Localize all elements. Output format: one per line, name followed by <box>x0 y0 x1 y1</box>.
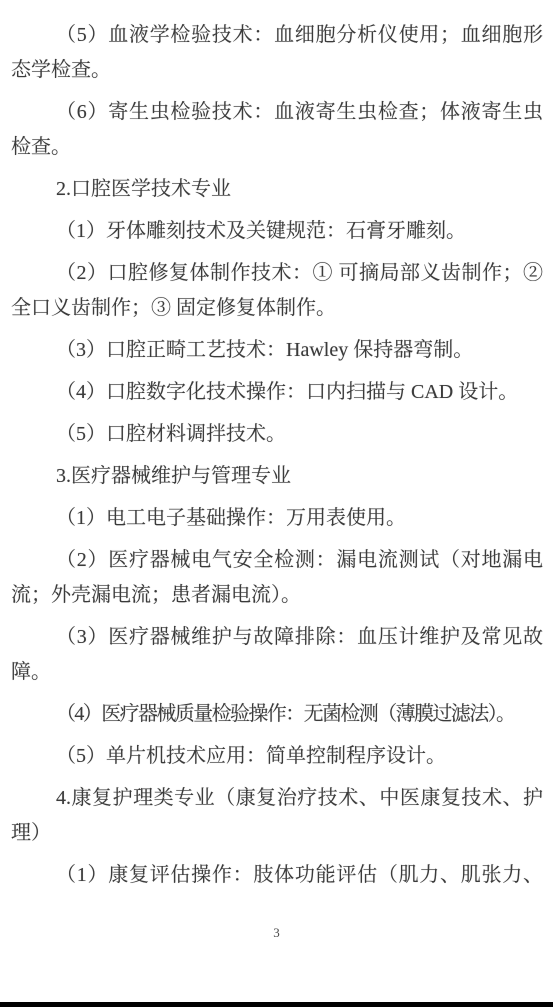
text-line: 全口义齿制作；③ 固定修复体制作。 <box>11 291 543 326</box>
document-text-block: （5）血液学检验技术：血细胞分析仪使用；血细胞形 态学检查。 （6）寄生虫检验技… <box>11 18 543 893</box>
bottom-black-bar <box>0 1002 553 1007</box>
text-line: 态学检查。 <box>11 53 543 88</box>
text-line: （1）康复评估操作：肢体功能评估（肌力、肌张力、 <box>11 858 543 893</box>
text-line: （2）医疗器械电气安全检测：漏电流测试（对地漏电 <box>11 543 543 578</box>
section-heading-line: 3.医疗器械维护与管理专业 <box>11 459 543 494</box>
text-line: （5）单片机技术应用：简单控制程序设计。 <box>11 739 543 774</box>
text-line: 理） <box>11 816 543 851</box>
text-line: （3）医疗器械维护与故障排除：血压计维护及常见故 <box>11 620 543 655</box>
text-line: （4）医疗器械质量检验操作：无菌检测（薄膜过滤法）。 <box>11 697 543 732</box>
text-line: （5）血液学检验技术：血细胞分析仪使用；血细胞形 <box>11 18 543 53</box>
page-number: 3 <box>0 925 553 941</box>
text-line: 障。 <box>11 655 543 690</box>
text-line: （3）口腔正畸工艺技术：Hawley 保持器弯制。 <box>11 333 543 368</box>
text-line: （4）口腔数字化技术操作：口内扫描与 CAD 设计。 <box>11 375 543 410</box>
text-line: 检查。 <box>11 130 543 165</box>
section-heading-line: 2.口腔医学技术专业 <box>11 172 543 207</box>
text-line: （5）口腔材料调拌技术。 <box>11 417 543 452</box>
text-line: （1）电工电子基础操作：万用表使用。 <box>11 501 543 536</box>
text-line: （1）牙体雕刻技术及关键规范：石膏牙雕刻。 <box>11 214 543 249</box>
document-page: （5）血液学检验技术：血细胞分析仪使用；血细胞形 态学检查。 （6）寄生虫检验技… <box>0 0 553 1007</box>
text-line: 流；外壳漏电流；患者漏电流）。 <box>11 578 543 613</box>
text-line: （2）口腔修复体制作技术：① 可摘局部义齿制作；② <box>11 256 543 291</box>
text-line: （6）寄生虫检验技术：血液寄生虫检查；体液寄生虫 <box>11 95 543 130</box>
section-heading-line: 4.康复护理类专业（康复治疗技术、中医康复技术、护 <box>11 781 543 816</box>
